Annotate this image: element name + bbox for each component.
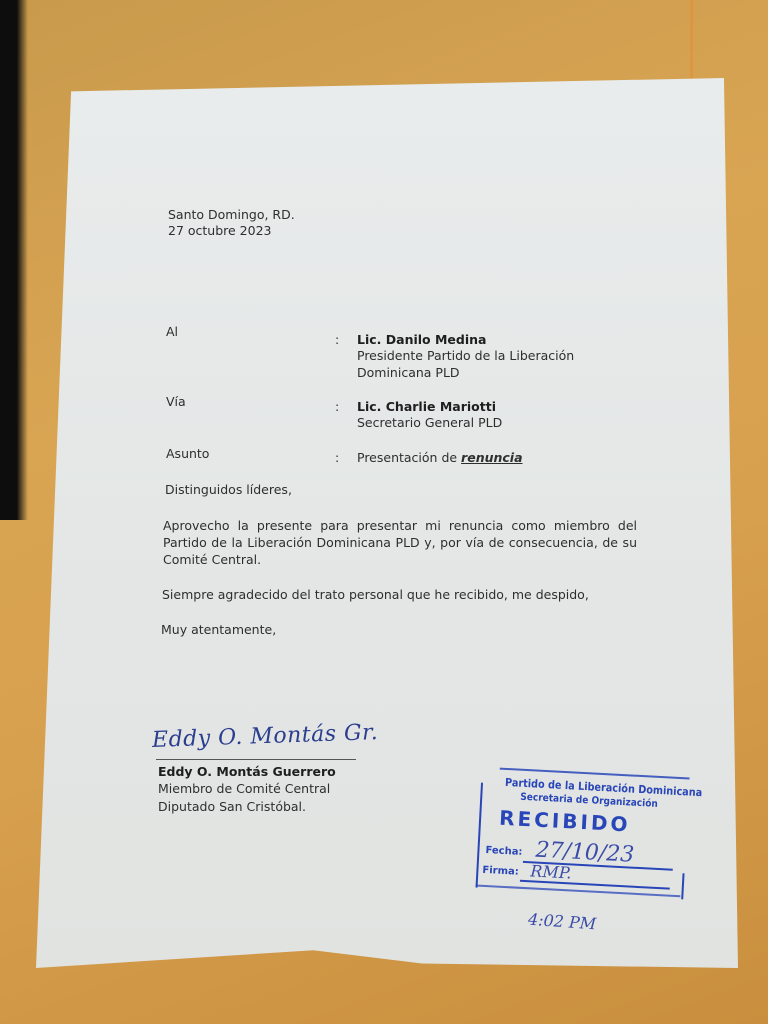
subject-label: Asunto: [166, 446, 209, 462]
addressee-title-medina-line1: Presidente Partido de la Liberación: [357, 348, 574, 364]
closing: Muy atentamente,: [161, 622, 276, 638]
signer-position: Diputado San Cristóbal.: [158, 799, 306, 815]
addressee-title-mariotti: Secretario General PLD: [357, 415, 502, 431]
separator-colon: :: [335, 399, 339, 414]
letter-location: Santo Domingo, RD.: [168, 207, 295, 223]
background-dark-edge: [0, 0, 28, 520]
separator-colon: :: [335, 450, 339, 465]
subject-prefix: Presentación de: [357, 450, 461, 465]
separator-colon: :: [335, 332, 339, 347]
addressee-label-al: Al: [166, 324, 178, 340]
signature-line: [156, 759, 356, 760]
signer-role: Miembro de Comité Central: [158, 781, 330, 797]
salutation: Distinguidos líderes,: [165, 482, 292, 498]
signer-name: Eddy O. Montás Guerrero: [158, 764, 336, 780]
subject-text: Presentación de renuncia: [357, 450, 523, 466]
stamp-firma-value: RMP.: [530, 861, 572, 882]
stamp-firma-label: Firma:: [482, 865, 519, 878]
stamp-fecha-label: Fecha:: [485, 845, 523, 858]
addressee-label-via: Vía: [166, 394, 186, 410]
body-paragraph-farewell: Siempre agradecido del trato personal qu…: [162, 587, 589, 603]
stamp-status: RECIBIDO: [499, 806, 632, 837]
subject-emphasis: renuncia: [461, 450, 522, 465]
addressee-title-medina-line2: Dominicana PLD: [357, 365, 460, 381]
body-paragraph-resignation: Aprovecho la presente para presentar mi …: [163, 517, 637, 568]
letter-date: 27 octubre 2023: [168, 223, 272, 239]
addressee-name-mariotti: Lic. Charlie Mariotti: [357, 399, 496, 415]
addressee-name-medina: Lic. Danilo Medina: [357, 332, 486, 348]
received-stamp: Partido de la Liberación Dominicana Secr…: [474, 767, 689, 920]
